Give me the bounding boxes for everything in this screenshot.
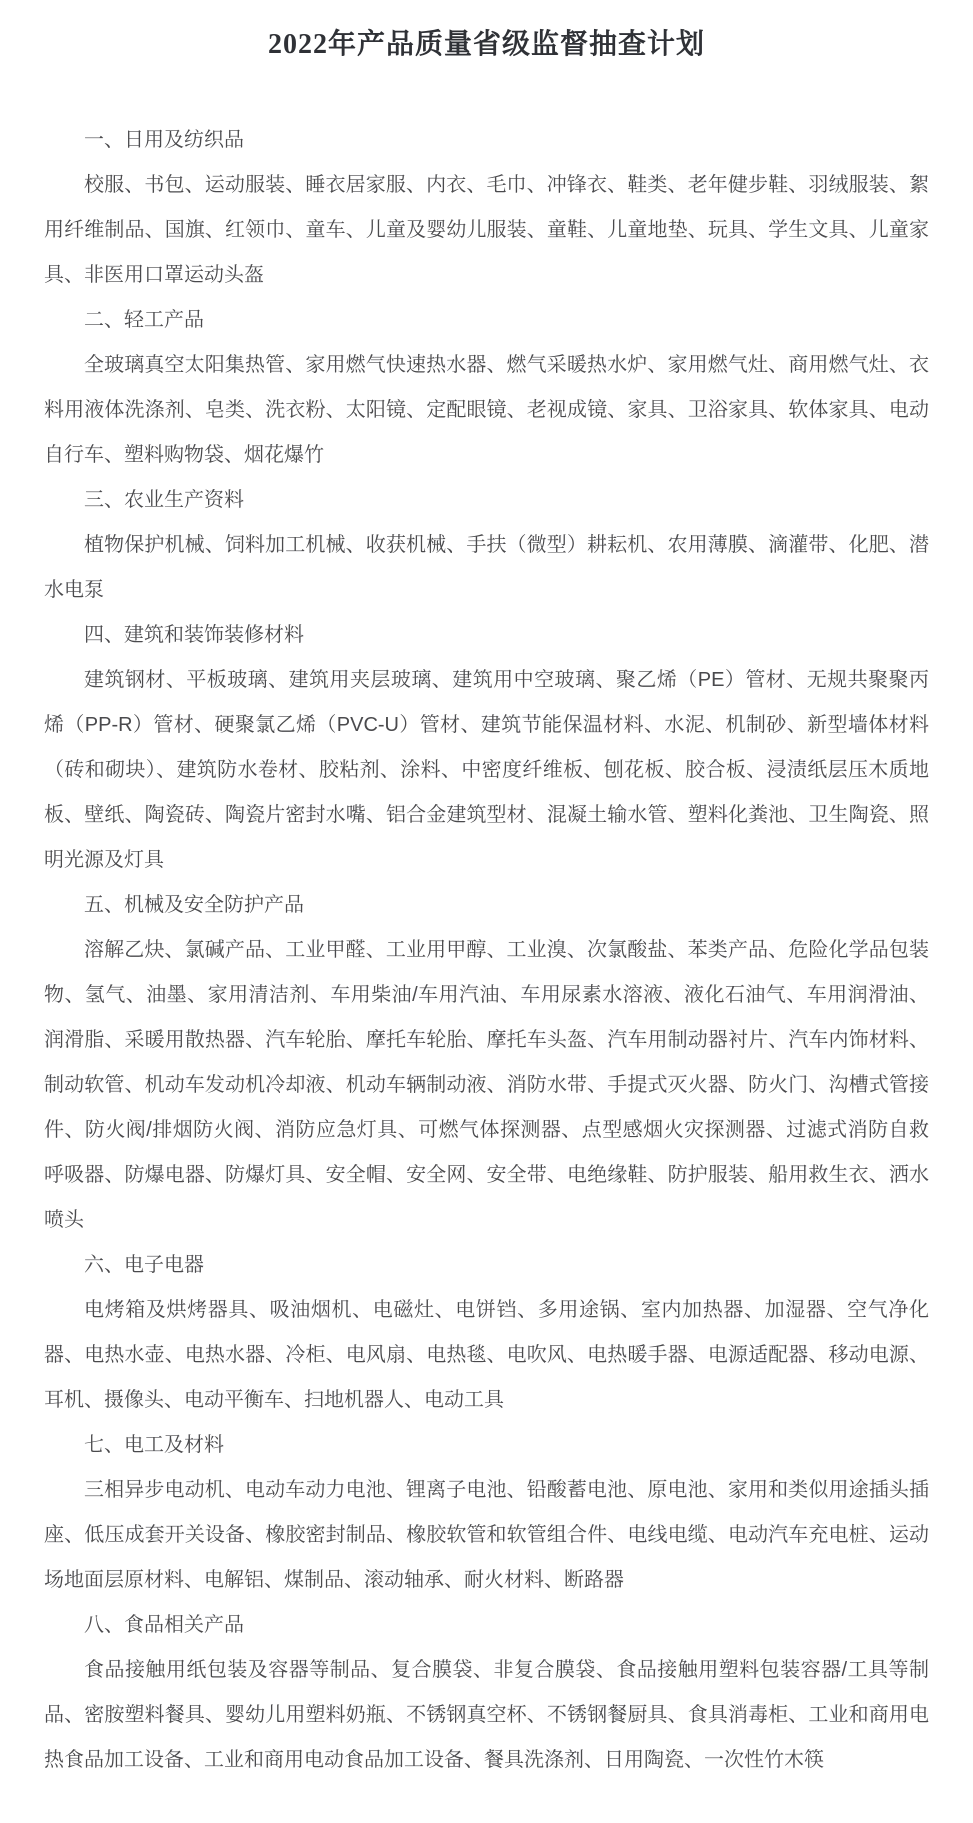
document-page: 2022年产品质量省级监督抽查计划 一、日用及纺织品 校服、书包、运动服装、睡衣… bbox=[0, 0, 973, 1823]
section-electronics: 六、电子电器 电烤箱及烘烤器具、吸油烟机、电磁灶、电饼铛、多用途锅、室内加热器、… bbox=[44, 1243, 929, 1423]
section-food-related-products: 八、食品相关产品 食品接触用纸包装及容器等制品、复合膜袋、非复合膜袋、食品接触用… bbox=[44, 1603, 929, 1783]
section-heading: 四、建筑和装饰装修材料 bbox=[44, 613, 929, 658]
section-machinery-safety: 五、机械及安全防护产品 溶解乙炔、氯碱产品、工业甲醛、工业用甲醇、工业溴、次氯酸… bbox=[44, 883, 929, 1243]
section-content: 植物保护机械、饲料加工机械、收获机械、手扶（微型）耕耘机、农用薄膜、滴灌带、化肥… bbox=[44, 523, 929, 613]
section-content: 食品接触用纸包装及容器等制品、复合膜袋、非复合膜袋、食品接触用塑料包装容器/工具… bbox=[44, 1648, 929, 1783]
section-agricultural-supplies: 三、农业生产资料 植物保护机械、饲料加工机械、收获机械、手扶（微型）耕耘机、农用… bbox=[44, 478, 929, 613]
section-content: 校服、书包、运动服装、睡衣居家服、内衣、毛巾、冲锋衣、鞋类、老年健步鞋、羽绒服装… bbox=[44, 163, 929, 298]
section-heading: 六、电子电器 bbox=[44, 1243, 929, 1288]
section-content: 三相异步电动机、电动车动力电池、锂离子电池、铅酸蓄电池、原电池、家用和类似用途插… bbox=[44, 1468, 929, 1603]
section-heading: 五、机械及安全防护产品 bbox=[44, 883, 929, 928]
section-heading: 二、轻工产品 bbox=[44, 298, 929, 343]
section-heading: 八、食品相关产品 bbox=[44, 1603, 929, 1648]
section-content: 建筑钢材、平板玻璃、建筑用夹层玻璃、建筑用中空玻璃、聚乙烯（PE）管材、无规共聚… bbox=[44, 658, 929, 883]
section-content: 全玻璃真空太阳集热管、家用燃气快速热水器、燃气采暖热水炉、家用燃气灶、商用燃气灶… bbox=[44, 343, 929, 478]
section-light-industry: 二、轻工产品 全玻璃真空太阳集热管、家用燃气快速热水器、燃气采暖热水炉、家用燃气… bbox=[44, 298, 929, 478]
section-electrical-materials: 七、电工及材料 三相异步电动机、电动车动力电池、锂离子电池、铅酸蓄电池、原电池、… bbox=[44, 1423, 929, 1603]
section-building-materials: 四、建筑和装饰装修材料 建筑钢材、平板玻璃、建筑用夹层玻璃、建筑用中空玻璃、聚乙… bbox=[44, 613, 929, 883]
section-heading: 一、日用及纺织品 bbox=[44, 118, 929, 163]
section-content: 溶解乙炔、氯碱产品、工业甲醛、工业用甲醇、工业溴、次氯酸盐、苯类产品、危险化学品… bbox=[44, 928, 929, 1243]
section-daily-textiles: 一、日用及纺织品 校服、书包、运动服装、睡衣居家服、内衣、毛巾、冲锋衣、鞋类、老… bbox=[44, 118, 929, 298]
page-title: 2022年产品质量省级监督抽查计划 bbox=[44, 22, 929, 62]
section-content: 电烤箱及烘烤器具、吸油烟机、电磁灶、电饼铛、多用途锅、室内加热器、加湿器、空气净… bbox=[44, 1288, 929, 1423]
section-heading: 三、农业生产资料 bbox=[44, 478, 929, 523]
section-heading: 七、电工及材料 bbox=[44, 1423, 929, 1468]
